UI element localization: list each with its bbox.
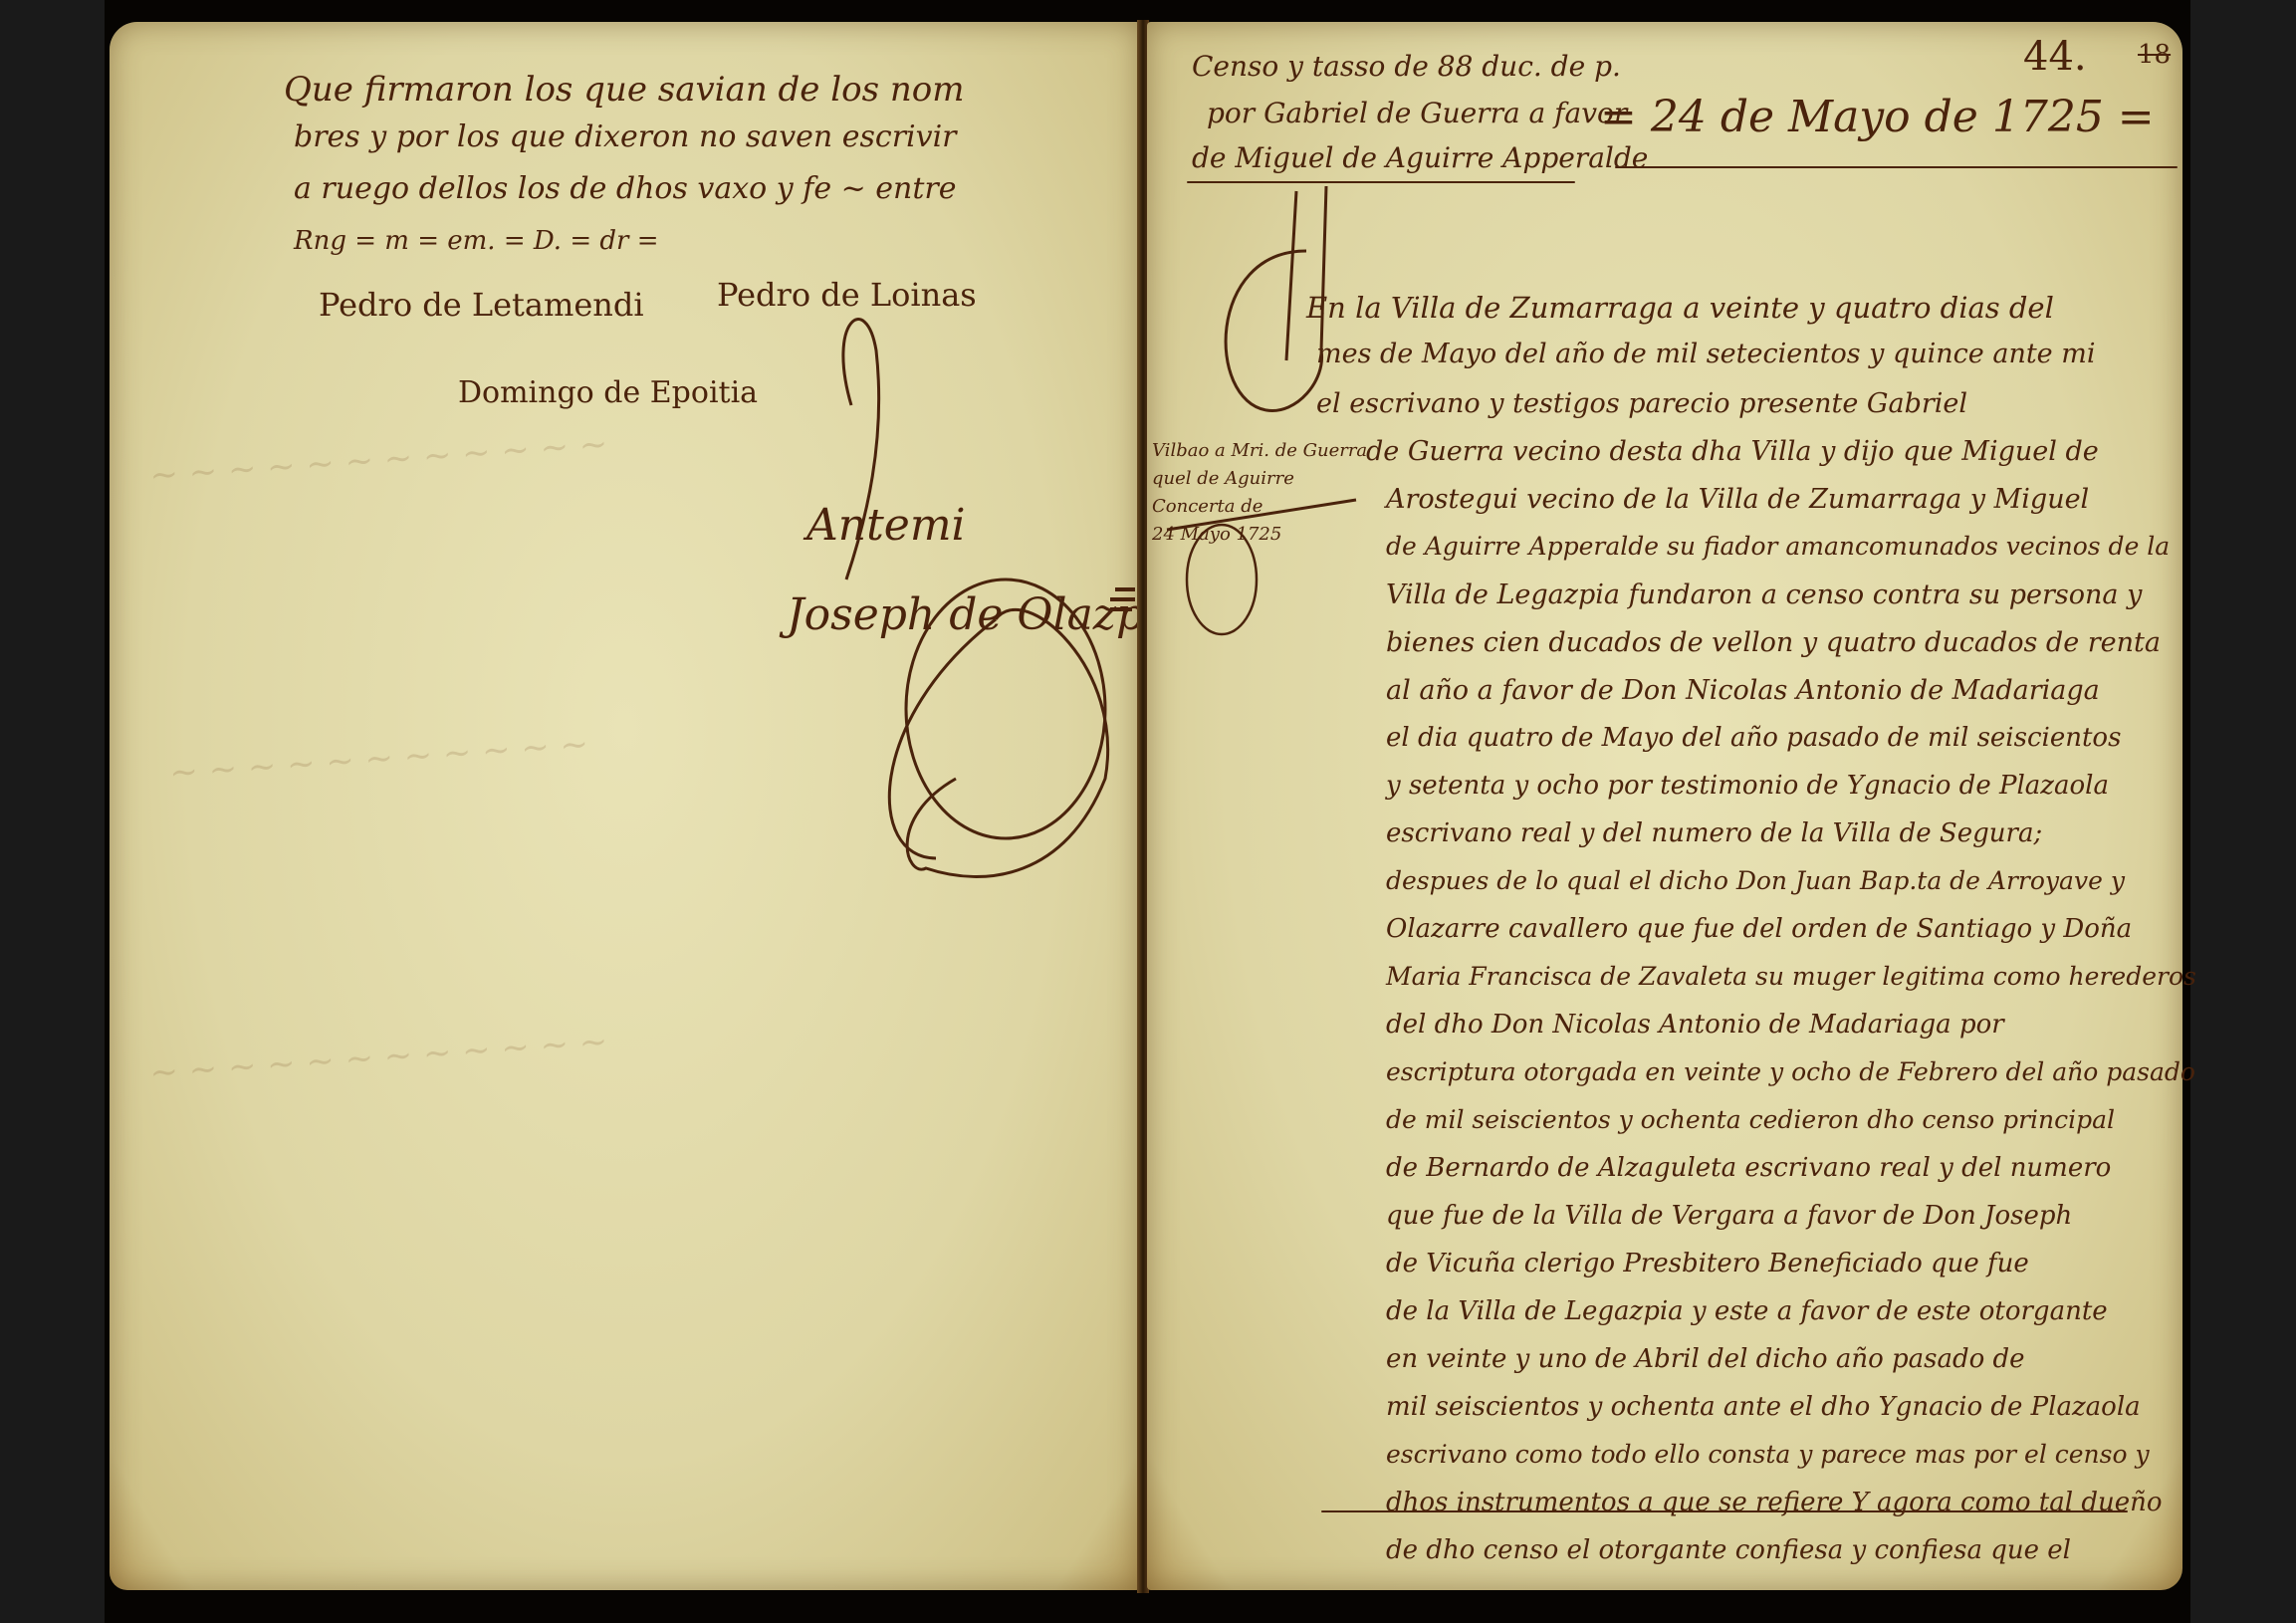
body-line: de Vicuña clerigo Presbitero Beneficiado…: [1386, 1249, 2029, 1278]
margin-note-1: Vilbao a Mri. de Guerra: [1152, 440, 1367, 461]
body-line: de dho censo el otorgante confiesa y con…: [1386, 1535, 2071, 1565]
margin-note-3: Concerta de: [1152, 496, 1263, 517]
body-line: Maria Francisca de Zavaleta su muger leg…: [1386, 962, 2196, 991]
closing-rule: [1321, 1510, 2128, 1512]
body-line: y setenta y ocho por testimonio de Ygnac…: [1386, 771, 2109, 801]
right-page: Censo y tasso de 88 duc. de p. por Gabri…: [1147, 22, 2182, 1590]
body-line: escriptura otorgada en veinte y ocho de …: [1386, 1057, 2195, 1086]
body-line: el escrivano y testigos parecio presente…: [1316, 388, 1967, 419]
body-line: despues de lo qual el dicho Don Juan Bap…: [1386, 866, 2125, 895]
body-line: bienes cien ducados de vellon y quatro d…: [1386, 627, 2161, 658]
body-line: Villa de Legazpia fundaron a censo contr…: [1386, 580, 2142, 610]
body-line: Olazarre cavallero que fue del orden de …: [1386, 914, 2132, 944]
body-line: que fue de la Villa de Vergara a favor d…: [1386, 1201, 2072, 1231]
body-line: el dia quatro de Mayo del año pasado de …: [1386, 723, 2121, 753]
body-line: de la Villa de Legazpia y este a favor d…: [1386, 1296, 2108, 1326]
body-line: En la Villa de Zumarraga a veinte y quat…: [1306, 291, 2054, 325]
body-line: escrivano como todo ello consta y parece…: [1386, 1440, 2150, 1469]
body-line: Arostegui vecino de la Villa de Zumarrag…: [1386, 484, 2089, 515]
notarial-flourish: [110, 22, 1140, 1590]
body-line: de Bernardo de Alzaguleta escrivano real…: [1386, 1153, 2111, 1183]
body-line: mes de Mayo del año de mil setecientos y…: [1316, 339, 2096, 369]
body-line: dhos instrumentos a que se refiere Y ago…: [1386, 1488, 2163, 1517]
body-line: escrivano real y del numero de la Villa …: [1386, 818, 2042, 848]
body-line: mil seiscientos y ochenta ante el dho Yg…: [1386, 1392, 2141, 1422]
body-line: al año a favor de Don Nicolas Antonio de…: [1386, 675, 2100, 706]
body-line: de Aguirre Apperalde su fiador amancomun…: [1386, 532, 2170, 561]
body-line: en veinte y uno de Abril del dicho año p…: [1386, 1344, 2025, 1374]
body-line: de mil seiscientos y ochenta cedieron dh…: [1386, 1105, 2115, 1134]
body-line: del dho Don Nicolas Antonio de Madariaga…: [1386, 1010, 2004, 1040]
margin-note-4: 24 Mayo 1725: [1152, 524, 1281, 545]
body-line: de Guerra vecino desta dha Villa y dijo …: [1366, 436, 2099, 467]
left-page: ~ ~ ~ ~ ~ ~ ~ ~ ~ ~ ~ ~ ~ ~ ~ ~ ~ ~ ~ ~ …: [110, 22, 1140, 1590]
margin-note-2: quel de Aguirre: [1152, 468, 1294, 489]
